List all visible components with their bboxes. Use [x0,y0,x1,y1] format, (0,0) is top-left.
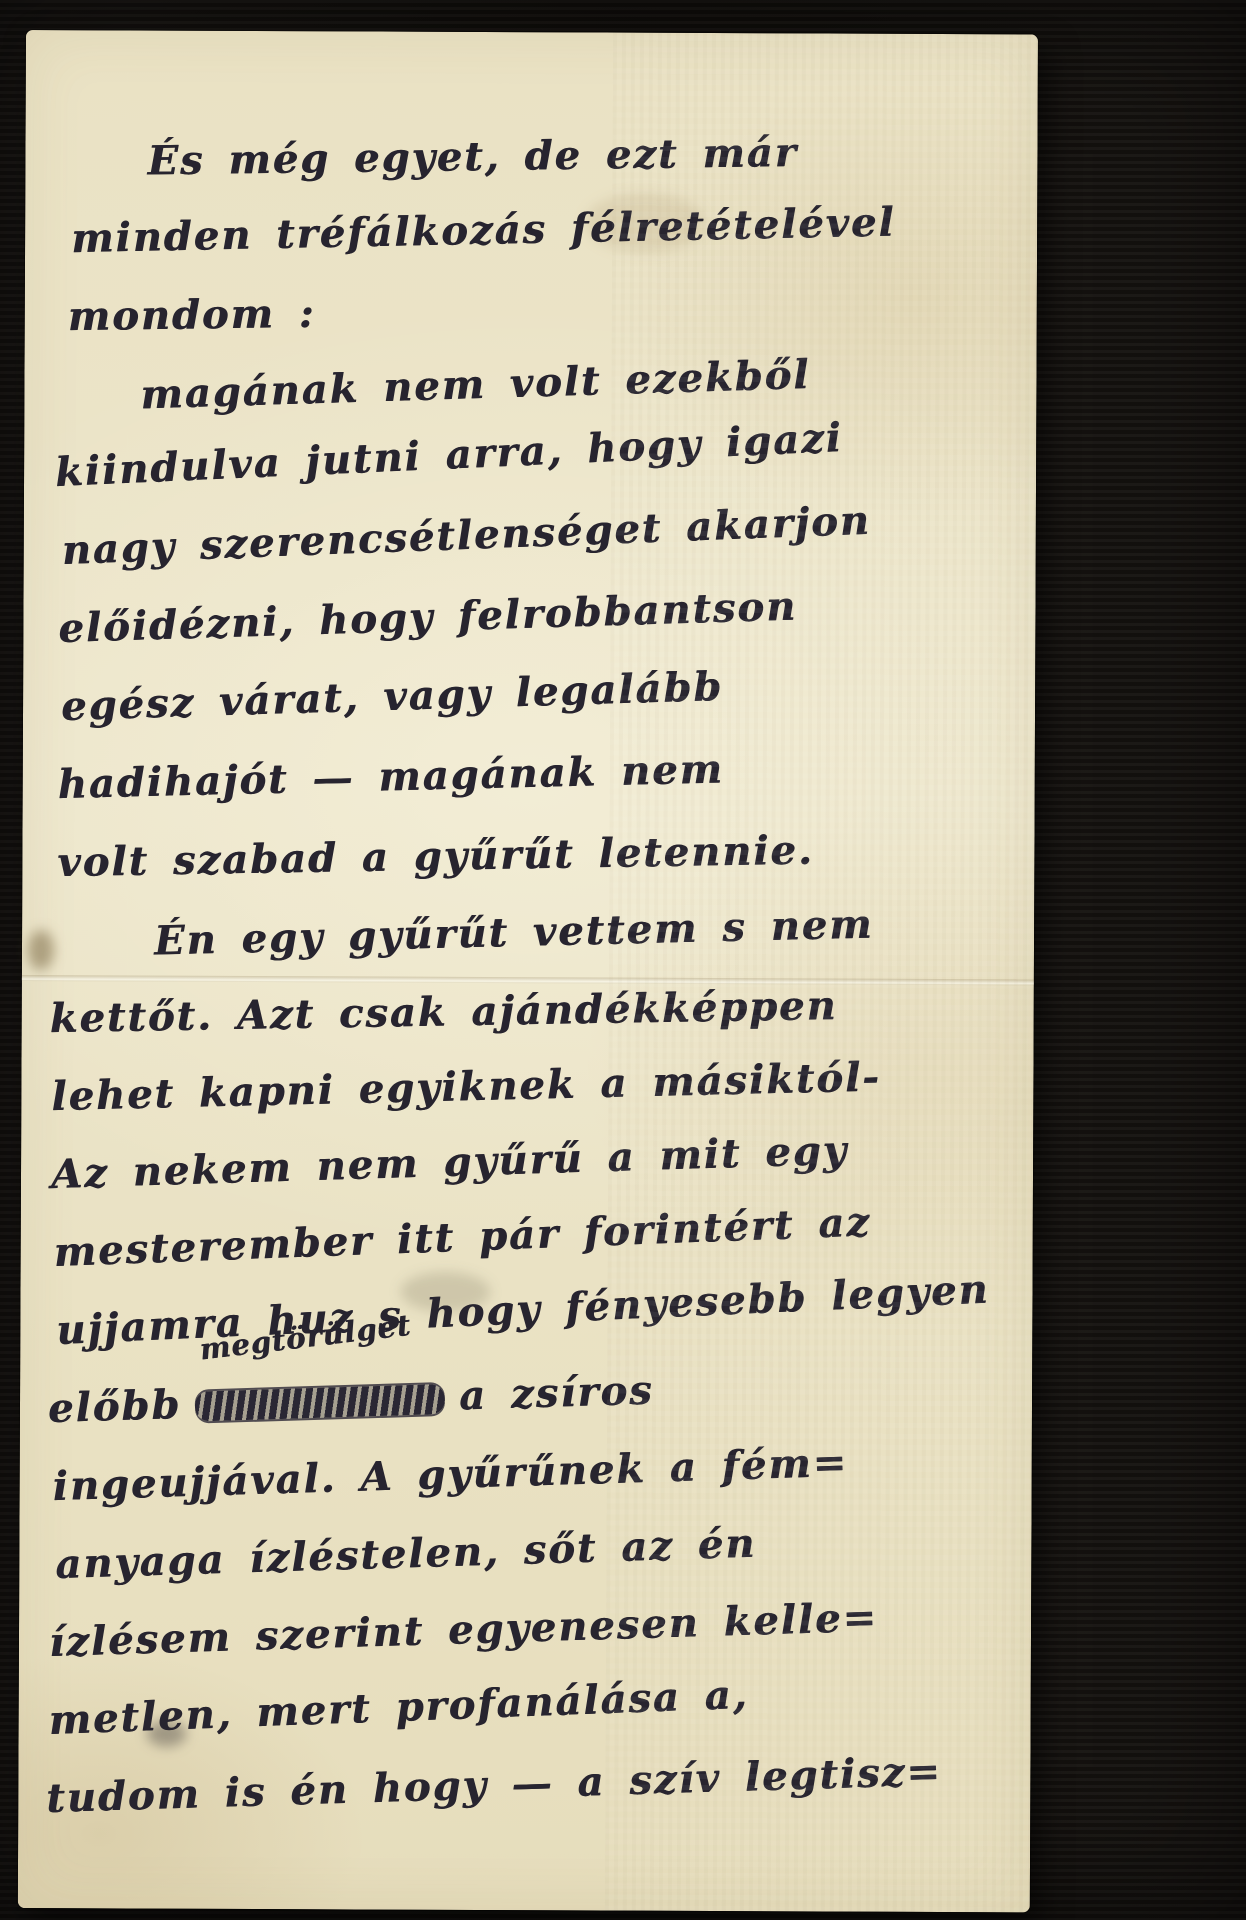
ink-scribble [195,1384,446,1422]
letter-body: És még egyet, de ezt már minden tréfálko… [18,30,1038,1842]
letter-page: És még egyet, de ezt már minden tréfálko… [18,30,1038,1912]
line-17-rest: a zsíros [458,1367,654,1420]
crossed-out-word: megtörülget [194,1358,446,1444]
line-17-first-word: előbb [47,1381,182,1432]
